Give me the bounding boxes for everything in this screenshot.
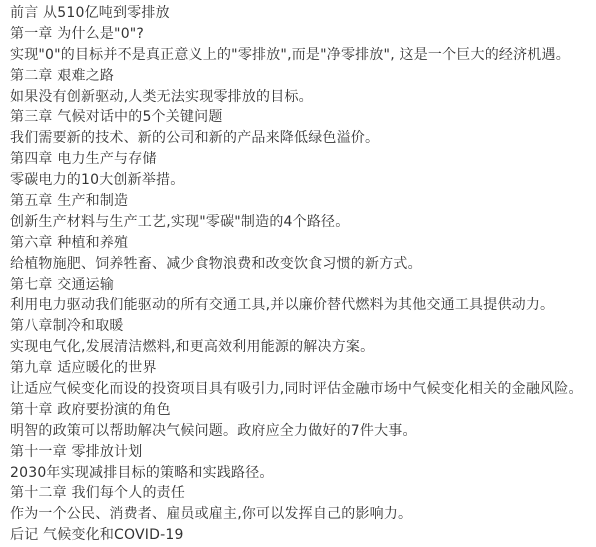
- toc-line-chapter-5-desc: 创新生产材料与生产工艺,实现"零碳"制造的4个路径。: [10, 212, 590, 233]
- toc-line-chapter-11-desc: 2030年实现减排目标的策略和实践路径。: [10, 463, 590, 484]
- toc-line-chapter-3: 第三章 气候对话中的5个关键问题: [10, 107, 590, 128]
- toc-line-chapter-2-desc: 如果没有创新驱动,人类无法实现零排放的目标。: [10, 87, 590, 108]
- toc-line-chapter-11: 第十一章 零排放计划: [10, 442, 590, 463]
- toc-line-chapter-10: 第十章 政府要扮演的角色: [10, 400, 590, 421]
- toc-line-preface: 前言 从510亿吨到零排放: [10, 3, 590, 24]
- toc-line-chapter-12: 第十二章 我们每个人的责任: [10, 483, 590, 504]
- toc-line-chapter-2: 第二章 艰难之路: [10, 66, 590, 87]
- toc-line-chapter-6: 第六章 种植和养殖: [10, 233, 590, 254]
- toc-line-chapter-9-desc: 让适应气候变化而设的投资项目具有吸引力,同时评估金融市场中气候变化相关的金融风险…: [10, 379, 590, 400]
- toc-line-chapter-6-desc: 给植物施肥、饲养牲畜、减少食物浪费和改变饮食习惯的新方式。: [10, 254, 590, 275]
- toc-line-chapter-8: 第八章制冷和取暖: [10, 316, 590, 337]
- toc-line-chapter-10-desc: 明智的政策可以帮助解决气候问题。政府应全力做好的7件大事。: [10, 421, 590, 442]
- toc-line-chapter-9: 第九章 适应暖化的世界: [10, 358, 590, 379]
- toc-line-chapter-4: 第四章 电力生产与存储: [10, 149, 590, 170]
- toc-line-chapter-7: 第七章 交通运输: [10, 275, 590, 296]
- toc-line-chapter-8-desc: 实现电气化,发展清洁燃料,和更高效利用能源的解决方案。: [10, 337, 590, 358]
- document-page: 前言 从510亿吨到零排放 第一章 为什么是"0"? 实现"0"的目标并不是真正…: [0, 0, 596, 547]
- toc-line-chapter-5: 第五章 生产和制造: [10, 191, 590, 212]
- toc-line-chapter-3-desc: 我们需要新的技术、新的公司和新的产品来降低绿色溢价。: [10, 128, 590, 149]
- toc-line-chapter-4-desc: 零碳电力的10大创新举措。: [10, 170, 590, 191]
- toc-line-chapter-7-desc: 利用电力驱动我们能驱动的所有交通工具,并以廉价替代燃料为其他交通工具提供动力。: [10, 295, 590, 316]
- toc-line-chapter-12-desc: 作为一个公民、消费者、雇员或雇主,你可以发挥自己的影响力。: [10, 504, 590, 525]
- toc-line-chapter-1: 第一章 为什么是"0"?: [10, 24, 590, 45]
- toc-line-afterword: 后记 气候变化和COVID-19: [10, 525, 590, 546]
- toc-line-chapter-1-desc: 实现"0"的目标并不是真正意义上的"零排放",而是"净零排放", 这是一个巨大的…: [10, 45, 590, 66]
